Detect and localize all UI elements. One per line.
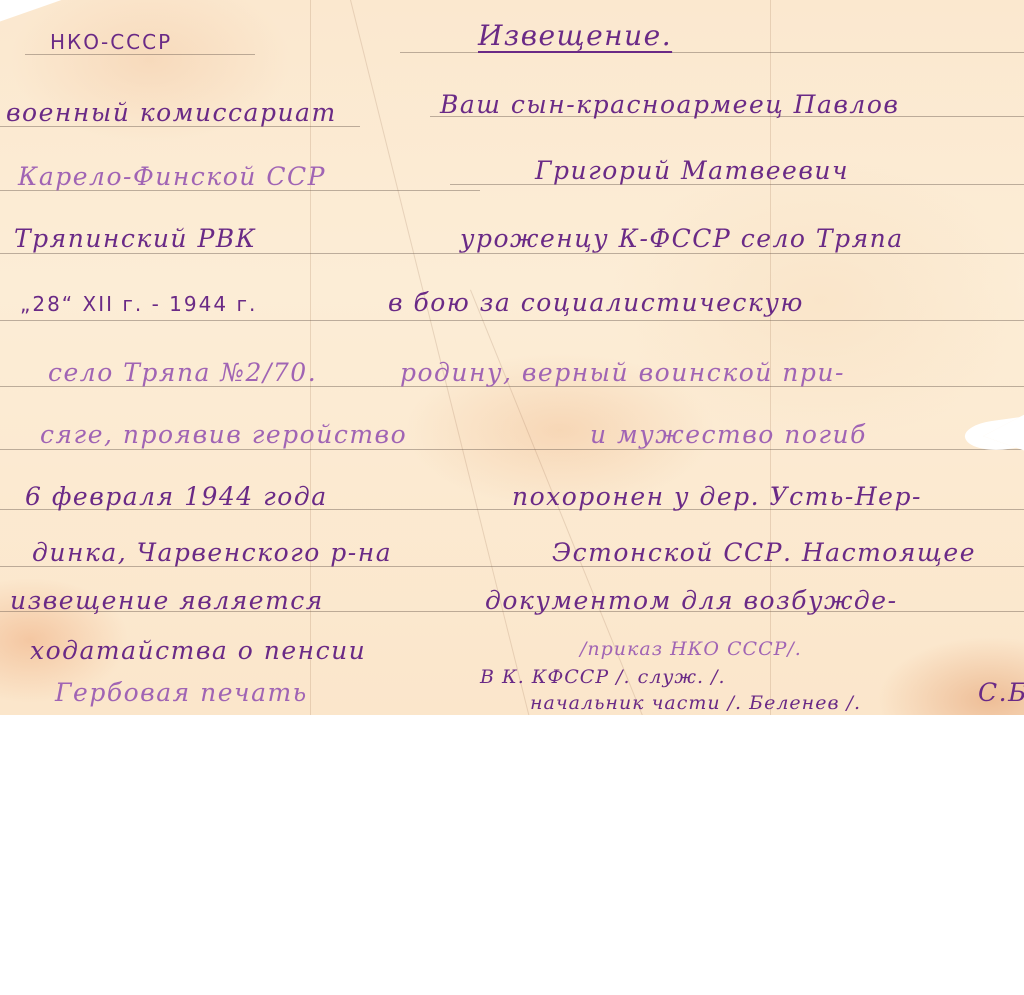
ruled-line	[0, 449, 1024, 450]
line-3-right: уроженцу К-ФССР село Тряпа	[460, 226, 904, 251]
ruled-line	[0, 253, 1024, 254]
line-4-right: в бою за социалистическую	[388, 290, 804, 315]
line-9-right: документом для возбужде-	[485, 588, 898, 613]
issuer-line-1: В К. КФССР /. служ. /.	[480, 668, 726, 687]
line-7-left: 6 февраля 1944 года	[25, 484, 328, 509]
line-8-right: Эстонской ССР. Настоящее	[552, 540, 976, 565]
line-7-right: похоронен у дер. Усть-Нер-	[512, 484, 922, 509]
document-title: Извещение.	[478, 22, 672, 50]
line-5-right: родину, верный воинской при-	[400, 360, 845, 385]
line-1-right: Ваш сын-красноармеец Павлов	[440, 92, 899, 117]
ruled-line	[400, 52, 1024, 53]
signature: С.Б.	[978, 680, 1024, 705]
line-2-left: Карело-Финской ССР	[18, 164, 326, 189]
ruled-line	[25, 54, 255, 55]
issuer-line-2: начальник части /. Беленев /.	[530, 694, 861, 713]
line-10-left: ходатайства о пенсии	[30, 638, 366, 663]
line-6-right: и мужество погиб	[590, 422, 867, 447]
line-9-left: извещение является	[10, 588, 324, 613]
line-10-right: /приказ НКО СССР/.	[580, 640, 802, 659]
line-4-left: „28“ XII г. - 1944 г.	[20, 294, 257, 314]
line-3-left: Тряпинский РВК	[14, 226, 257, 251]
line-2-right: Григорий Матвеевич	[535, 158, 849, 183]
paper-sheet: НКО-СССР Извещение. военный комиссариат …	[0, 0, 1024, 715]
line-5-left: село Тряпа №2/70.	[48, 360, 317, 385]
line-1-left: военный комиссариат	[6, 100, 337, 125]
line-8-left: динка, Чарвенского р-на	[32, 540, 392, 565]
header-organization: НКО-СССР	[50, 32, 172, 52]
stamp-label: Гербовая печать	[55, 680, 308, 705]
ruled-line	[0, 320, 1024, 321]
line-6-left: сяге, проявив геройство	[40, 422, 407, 447]
